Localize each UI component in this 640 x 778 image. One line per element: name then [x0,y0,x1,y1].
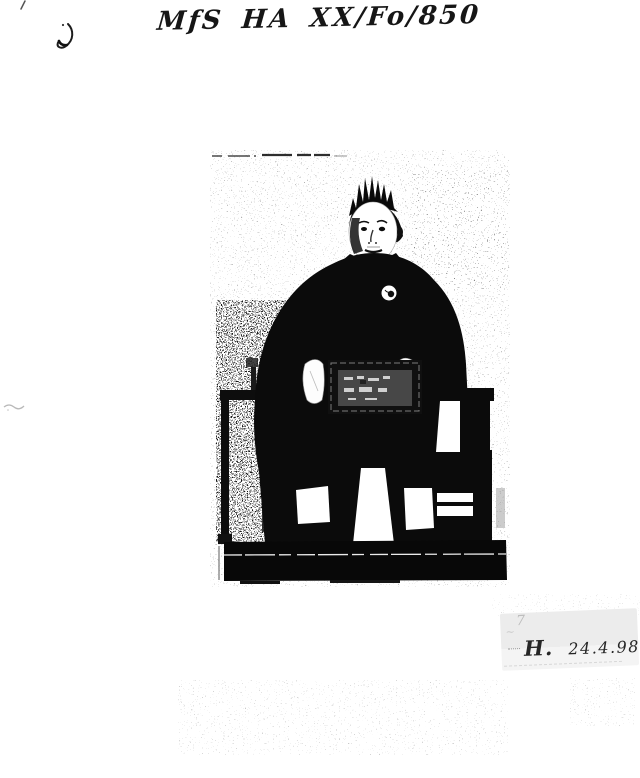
sticker-faint-mark: 7 [516,613,526,629]
floor-band [218,540,507,584]
faint-edge-mark [2,398,30,414]
scanned-document-page: MfS HA XX/Fo/850 [0,0,640,778]
badge-pin [382,286,397,301]
annotation-initials: H. [524,635,554,661]
prisoner-photograph [210,150,510,587]
archive-code-handwriting: MfS HA XX/Fo/850 [156,1,428,37]
ink-tick-mark [18,0,30,12]
ink-squiggle-mark [52,22,80,56]
sticker-faint-line [504,661,622,667]
identification-plate [328,360,422,414]
sticker-faint-squiggle: ~ [505,625,517,638]
date-annotation: H. 24.4.98 [524,632,635,661]
annotation-date: 24.4.98 [568,637,640,658]
page-speckle-noise [170,668,640,768]
